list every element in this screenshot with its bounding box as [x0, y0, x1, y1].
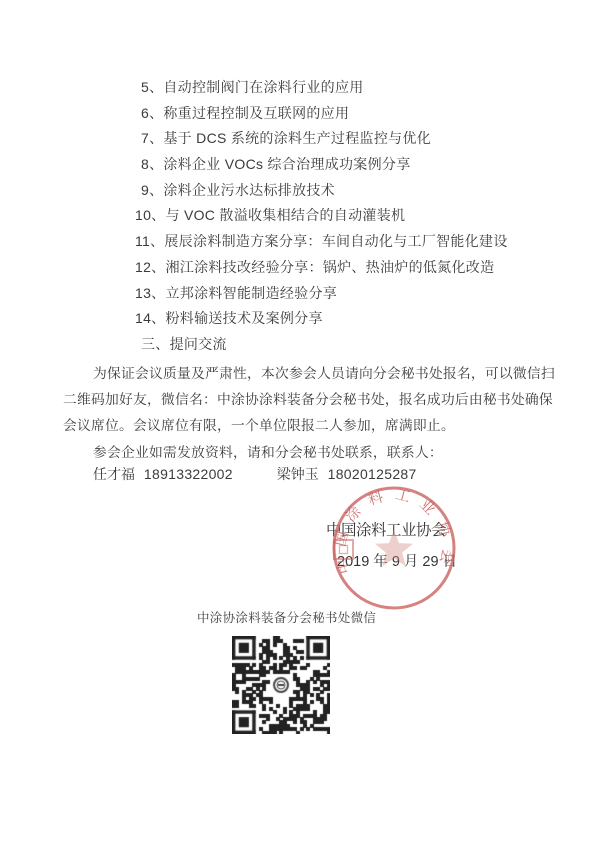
contact-name: 任才福 — [93, 466, 135, 482]
contact-phone: 18913322002 — [144, 466, 233, 482]
agenda-item: 14、粉料输送技术及案例分享 — [135, 306, 508, 332]
agenda-item: 5、自动控制阀门在涂料行业的应用 — [135, 75, 508, 101]
wechat-qr-code — [232, 636, 330, 734]
contacts-line: 任才福 18913322002 梁钟玉 18020125287 — [93, 464, 417, 484]
agenda-item: 三、提问交流 — [135, 332, 508, 358]
contact-entry: 梁钟玉 18020125287 — [277, 464, 417, 484]
agenda-item: 10、与 VOC 散溢收集相结合的自动灌装机 — [135, 203, 508, 229]
agenda-item: 11、展辰涂料制造方案分享：车间自动化与工厂智能化建设 — [135, 229, 508, 255]
agenda-item: 13、立邦涂料智能制造经验分享 — [135, 281, 508, 307]
intro-line: 会议席位。会议席位有限，一个单位限报二人参加，席满即止。 — [63, 413, 541, 439]
agenda-item: 7、基于 DCS 系统的涂料生产过程监控与优化 — [135, 126, 508, 152]
contact-name: 梁钟玉 — [277, 466, 319, 482]
intro-line: 二维码加好友，微信名：中涂协涂料装备分会秘书处，报名成功后由秘书处确保 — [63, 387, 541, 413]
scanned-notice-page: 5、自动控制阀门在涂料行业的应用6、称重过程控制及互联网的应用7、基于 DCS … — [0, 0, 600, 856]
contact-entry: 任才福 18913322002 — [93, 464, 233, 484]
organization-name: 中国涂料工业协会 — [326, 518, 446, 540]
contact-phone: 18020125287 — [328, 466, 417, 482]
wechat-caption: 中涂协涂料装备分会秘书处微信 — [197, 608, 376, 626]
agenda-item: 6、称重过程控制及互联网的应用 — [135, 101, 508, 127]
agenda-item: 8、涂料企业 VOCs 综合治理成功案例分享 — [135, 152, 508, 178]
agenda-item: 9、涂料企业污水达标排放技术 — [135, 178, 508, 204]
agenda-list: 5、自动控制阀门在涂料行业的应用6、称重过程控制及互联网的应用7、基于 DCS … — [135, 75, 508, 358]
agenda-item: 12、湘江涂料技改经验分享：锅炉、热油炉的低氮化改造 — [135, 255, 508, 281]
intro-line: 为保证会议质量及严肃性，本次参会人员请向分会秘书处报名，可以微信扫 — [63, 361, 541, 387]
registration-paragraph: 为保证会议质量及严肃性，本次参会人员请向分会秘书处报名，可以微信扫二维码加好友，… — [63, 361, 541, 439]
document-date: 2019 年 9 月 29 日 — [337, 550, 457, 571]
materials-note: 参会企业如需发放资料，请和分会秘书处联系，联系人： — [93, 441, 443, 461]
seal-ring — [334, 488, 454, 608]
official-seal-stamp: 中国涂料工业协会 — [330, 484, 458, 612]
